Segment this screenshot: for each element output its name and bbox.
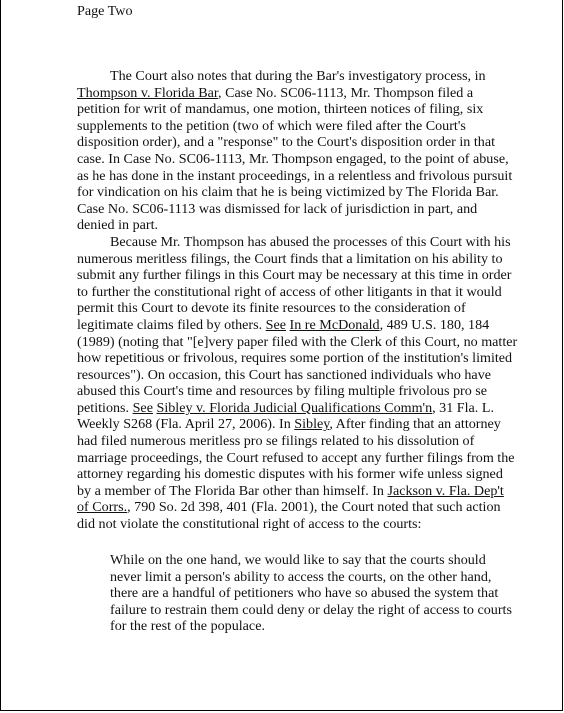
quote-line: for the rest of the populace. (110, 618, 510, 635)
text-run: did not violate the constitutional right… (77, 516, 421, 532)
text-line: Case No. SC06-1113 was dismissed for lac… (77, 201, 497, 218)
text-run: by a member of The Florida Bar other tha… (77, 483, 388, 499)
case-citation: Sibley v. Florida Judicial Qualification… (156, 400, 432, 416)
case-citation: Jackson v. Fla. Dep't (388, 483, 504, 499)
document-page: Page Two The Court also notes that durin… (0, 0, 563, 711)
text-line: denied in part. (77, 217, 497, 234)
text-line: by a member of The Florida Bar other tha… (77, 483, 497, 500)
text-run: permit this Court to devote its finite r… (77, 300, 466, 316)
text-line: had filed numerous meritless pro se fili… (77, 433, 497, 450)
text-run: , 489 U.S. 180, 184 (380, 317, 490, 333)
text-run: to further the constitutional right of a… (77, 284, 502, 300)
text-run: legitimate claims filed by others. (77, 317, 266, 333)
page-header: Page Two (77, 3, 133, 20)
text-line: of Corrs., 790 So. 2d 398, 401 (Fla. 200… (77, 499, 497, 516)
quote-line: While on the one hand, we would like to … (110, 552, 510, 569)
text-run: , After finding that an attorney (329, 416, 500, 432)
text-run: how repetitious or frivolous, requires s… (77, 350, 512, 366)
text-line: petition for writ of mandamus, one motio… (77, 101, 497, 118)
text-run: as he has done in the instant proceeding… (77, 168, 512, 184)
block-quote: While on the one hand, we would like to … (110, 552, 510, 635)
text-run: submit any further filings in this Court… (77, 267, 511, 283)
text-line: as he has done in the instant proceeding… (77, 168, 497, 185)
text-run: abused this Court's time and resources b… (77, 383, 487, 399)
text-line: (1989) (noting that "[e]very paper filed… (77, 334, 497, 351)
text-run: petitions. (77, 400, 133, 416)
text-run: , 31 Fla. L. (432, 400, 494, 416)
text-line: legitimate claims filed by others. See I… (77, 317, 497, 334)
text-line: permit this Court to devote its finite r… (77, 300, 497, 317)
case-citation: of Corrs. (77, 499, 127, 515)
text-line: how repetitious or frivolous, requires s… (77, 350, 497, 367)
text-line: resources"). On occasion, this Court has… (77, 367, 497, 384)
text-run: , 790 So. 2d 398, 401 (Fla. 2001), the C… (127, 499, 500, 515)
text-run: numerous meritless filings, the Court fi… (77, 251, 503, 267)
text-line: petitions. See Sibley v. Florida Judicia… (77, 400, 497, 417)
text-run: had filed numerous meritless pro se fili… (77, 433, 474, 449)
text-run: Weekly S268 (Fla. April 27, 2006). In (77, 416, 294, 432)
text-run: The Court also notes that during the Bar… (110, 68, 486, 84)
case-citation: Sibley (294, 416, 329, 432)
text-run: denied in part. (77, 217, 158, 233)
text-line: Thompson v. Florida Bar, Case No. SC06-1… (77, 85, 497, 102)
text-run: Because Mr. Thompson has abused the proc… (110, 234, 511, 250)
text-line: numerous meritless filings, the Court fi… (77, 251, 497, 268)
text-line: marriage proceedings, the Court refused … (77, 450, 497, 467)
quote-line: failure to restrain them could deny or d… (110, 602, 510, 619)
text-run: Case No. SC06-1113 was dismissed for lac… (77, 201, 477, 217)
text-line: Because Mr. Thompson has abused the proc… (77, 234, 497, 251)
text-line: to further the constitutional right of a… (77, 284, 497, 301)
text-line: The Court also notes that during the Bar… (77, 68, 497, 85)
text-run: supplements to the petition (two of whic… (77, 118, 466, 134)
text-run: resources"). On occasion, this Court has… (77, 367, 491, 383)
text-run: petition for writ of mandamus, one motio… (77, 101, 483, 117)
body-text: The Court also notes that during the Bar… (77, 68, 497, 533)
text-run: marriage proceedings, the Court refused … (77, 450, 515, 466)
case-citation: Thompson v. Florida Bar (77, 85, 218, 101)
text-run: attorney regarding his domestic disputes… (77, 466, 503, 482)
text-run: (1989) (noting that "[e]very paper filed… (77, 334, 517, 350)
case-citation: See (133, 400, 153, 416)
text-run: case. In Case No. SC06-1113, Mr. Thompso… (77, 151, 509, 167)
text-line: Weekly S268 (Fla. April 27, 2006). In Si… (77, 416, 497, 433)
text-run: disposition order), and a "response" to … (77, 134, 495, 150)
text-line: abused this Court's time and resources b… (77, 383, 497, 400)
text-line: for vindication on his claim that he is … (77, 184, 497, 201)
quote-line: there are a handful of petitioners who h… (110, 585, 510, 602)
text-line: disposition order), and a "response" to … (77, 134, 497, 151)
text-run: for vindication on his claim that he is … (77, 184, 499, 200)
text-line: attorney regarding his domestic disputes… (77, 466, 497, 483)
case-citation: See (266, 317, 286, 333)
quote-line: never limit a person's ability to access… (110, 569, 510, 586)
case-citation: In re McDonald (290, 317, 380, 333)
text-line: submit any further filings in this Court… (77, 267, 497, 284)
text-line: supplements to the petition (two of whic… (77, 118, 497, 135)
text-line: case. In Case No. SC06-1113, Mr. Thompso… (77, 151, 497, 168)
text-line: did not violate the constitutional right… (77, 516, 497, 533)
text-run: , Case No. SC06-1113, Mr. Thompson filed… (218, 85, 473, 101)
